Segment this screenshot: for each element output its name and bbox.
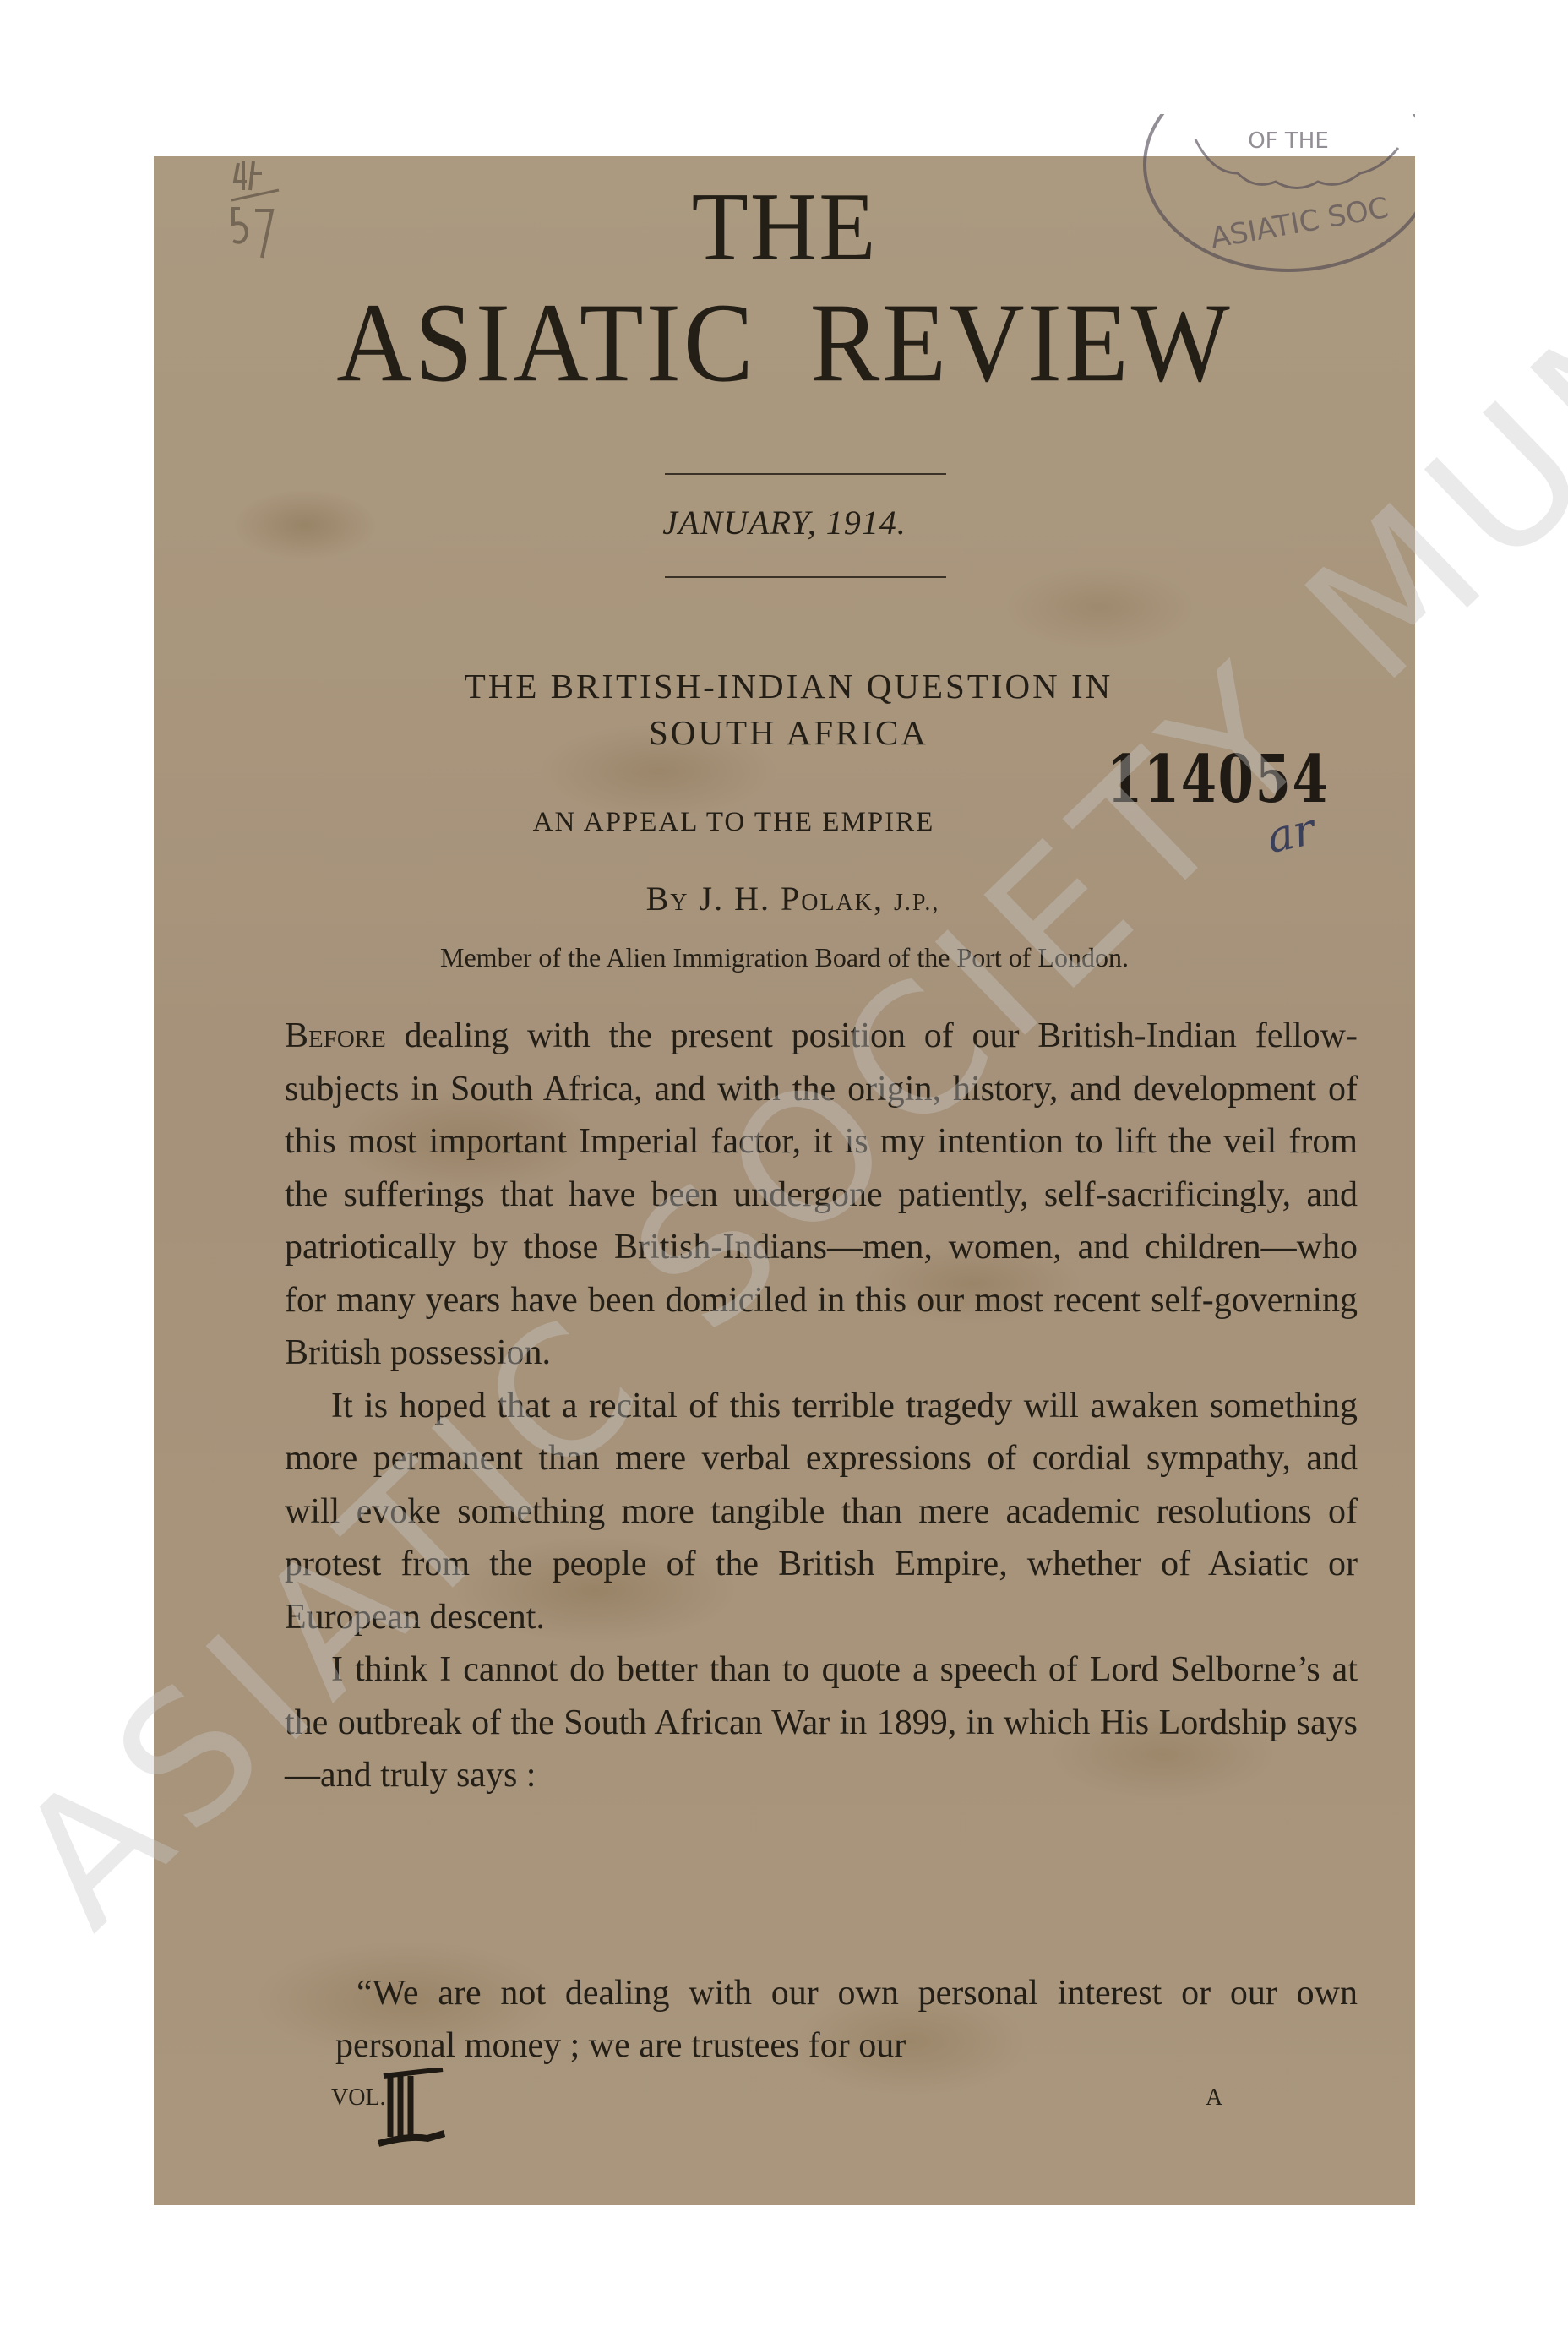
- byline-prefix: By: [646, 880, 689, 918]
- masthead-title: ASIATIC REVIEW: [154, 278, 1415, 407]
- paragraph-1-text: dealing with the present position of our…: [285, 1016, 1358, 1372]
- masthead-the: THE: [154, 171, 1415, 283]
- byline: By J. H. Polak, J.P.,: [154, 879, 1415, 918]
- rule-divider-bottom: [665, 576, 946, 578]
- article-title-line-1: THE BRITISH-INDIAN QUESTION IN: [162, 663, 1415, 710]
- scanned-page: OF THE ASIATIC SOC THE ASIATIC REVIEW JA…: [154, 156, 1415, 2205]
- block-quote: “We are not dealing with our own persona…: [335, 1967, 1358, 2072]
- svg-text:OF THE: OF THE: [1248, 128, 1329, 154]
- paragraph-1: Before dealing with the present position…: [285, 1010, 1358, 1380]
- paragraph-1-lead: Before: [285, 1016, 386, 1055]
- paragraph-3: I think I cannot do better than to quote…: [285, 1643, 1358, 1802]
- issue-date: JANUARY, 1914.: [154, 503, 1415, 542]
- signature-letter: A: [1206, 2084, 1222, 2111]
- article-subtitle: AN APPEAL TO THE EMPIRE: [154, 807, 1415, 838]
- article-body: Before dealing with the present position…: [285, 1010, 1358, 1802]
- volume-handwritten-mark: [375, 2068, 451, 2152]
- paragraph-2: It is hoped that a recital of this terri…: [285, 1380, 1358, 1644]
- rule-divider-top: [665, 473, 946, 475]
- author-affiliation: Member of the Alien Immigration Board of…: [154, 942, 1415, 973]
- author-suffix: J.P.,: [894, 890, 939, 916]
- author-name: J. H. Polak,: [700, 880, 884, 918]
- quote-text: “We are not dealing with our own persona…: [335, 1967, 1358, 2072]
